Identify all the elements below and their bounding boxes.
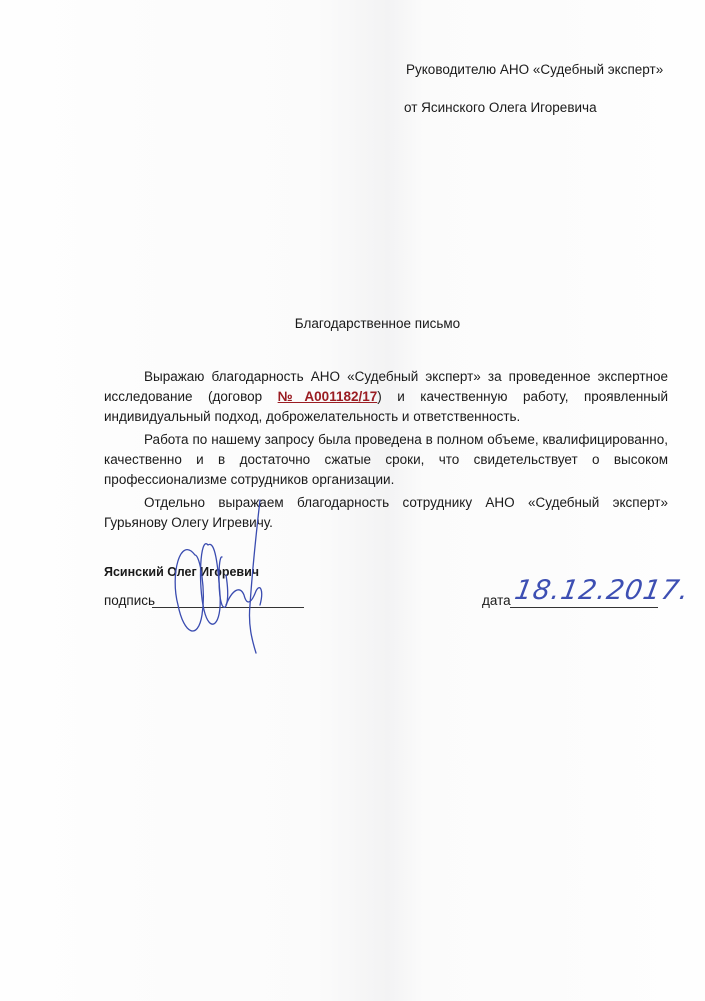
paragraph-gratitude: Выражаю благодарность АНО «Судебный эксп… bbox=[104, 367, 668, 427]
paragraph-quality: Работа по нашему запросу была проведена … bbox=[104, 430, 668, 490]
contract-number-link[interactable]: №А001182/17 bbox=[278, 389, 378, 404]
date-line bbox=[510, 607, 658, 608]
letter-page: Руководителю АНО «Судебный эксперт» от Я… bbox=[0, 0, 705, 1001]
date-label: дата bbox=[482, 593, 511, 608]
paragraph-text: Работа по нашему запросу была проведена … bbox=[104, 432, 668, 487]
handwritten-date: 18.12.2017. bbox=[512, 575, 692, 606]
signature-label: подпись bbox=[104, 593, 155, 608]
addressee-line: Руководителю АНО «Судебный эксперт» bbox=[406, 62, 663, 78]
letter-title: Благодарственное письмо bbox=[0, 316, 705, 331]
sender-line: от Ясинского Олега Игоревича bbox=[404, 100, 597, 116]
handwritten-signature-icon bbox=[160, 495, 280, 655]
